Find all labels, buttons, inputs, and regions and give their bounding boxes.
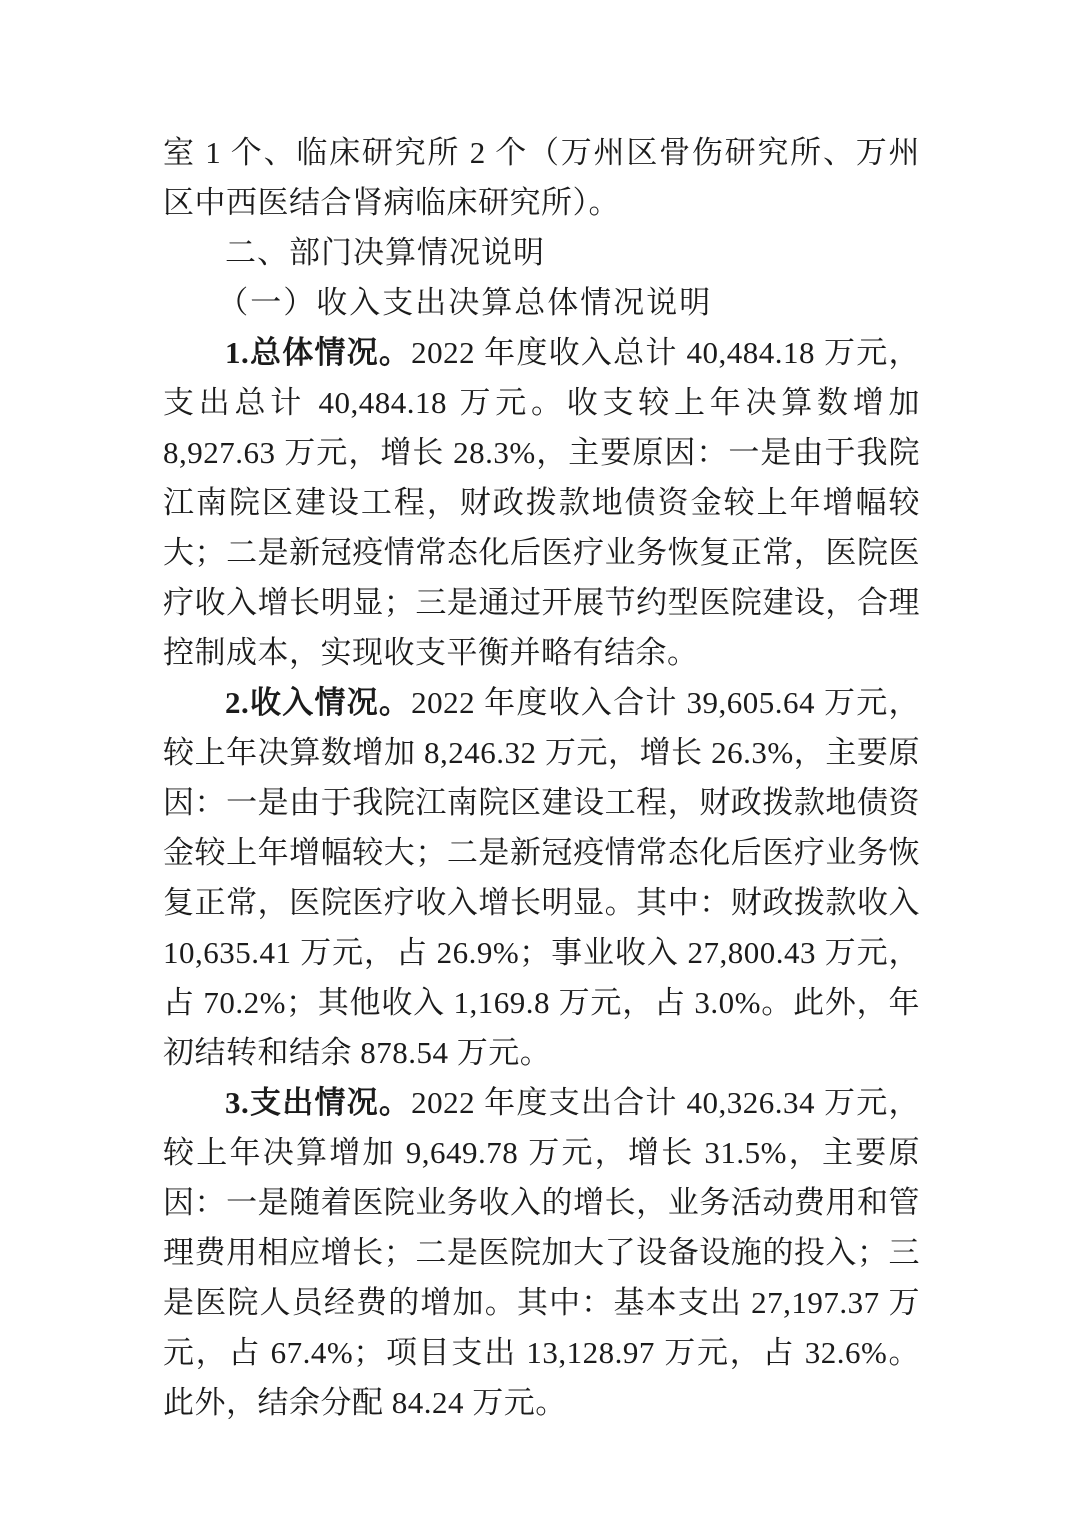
paragraph-income-situation: 2.收入情况。2022 年度收入合计 39,605.64 万元，较上年决算数增加…	[163, 678, 920, 1078]
paragraph-overall-text: 2022 年度收入总计 40,484.18 万元，支出总计 40,484.18 …	[163, 335, 920, 670]
paragraph-expenditure-situation: 3.支出情况。2022 年度支出合计 40,326.34 万元，较上年决算增加 …	[163, 1078, 920, 1428]
paragraph-expenditure-text: 2022 年度支出合计 40,326.34 万元，较上年决算增加 9,649.7…	[163, 1085, 920, 1420]
paragraph-income-lead: 2.收入情况。	[225, 685, 411, 720]
subsection-heading: （一）收入支出决算总体情况说明	[163, 278, 920, 328]
paragraph-research-institutes-text: 室 1 个、临床研究所 2 个（万州区骨伤研究所、万州区中西医结合肾病临床研究所…	[163, 135, 920, 220]
section-heading: 二、部门决算情况说明	[163, 228, 920, 278]
text-block: 室 1 个、临床研究所 2 个（万州区骨伤研究所、万州区中西医结合肾病临床研究所…	[163, 128, 920, 1428]
paragraph-expenditure-lead: 3.支出情况。	[225, 1085, 411, 1120]
paragraph-overall-situation: 1.总体情况。2022 年度收入总计 40,484.18 万元，支出总计 40,…	[163, 328, 920, 678]
document-page: 室 1 个、临床研究所 2 个（万州区骨伤研究所、万州区中西医结合肾病临床研究所…	[0, 0, 1074, 1520]
paragraph-overall-lead: 1.总体情况。	[225, 335, 411, 370]
paragraph-research-institutes: 室 1 个、临床研究所 2 个（万州区骨伤研究所、万州区中西医结合肾病临床研究所…	[163, 128, 920, 228]
paragraph-income-text: 2022 年度收入合计 39,605.64 万元，较上年决算数增加 8,246.…	[163, 685, 920, 1070]
